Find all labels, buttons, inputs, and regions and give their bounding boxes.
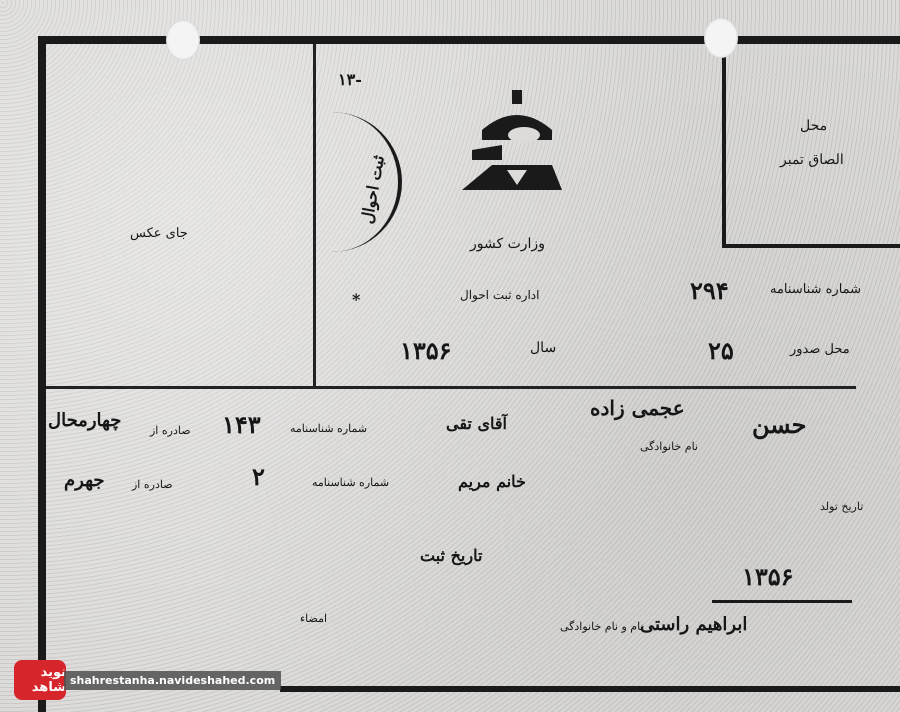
document-border-bottom (280, 686, 900, 692)
serial-top: -۱۳ (338, 70, 362, 89)
father-name: آقای تقی (446, 414, 507, 433)
holder-first-name: حسن (752, 410, 807, 439)
watermark-url: shahrestanha.navideshahed.com (64, 671, 281, 690)
holder-last-name-label: نام خانوادگی (640, 440, 698, 453)
pin-hole-left (166, 20, 200, 60)
registrar-label: نام و نام خانوادگی (560, 620, 644, 633)
mother-id-label: شماره شناسنامه (312, 476, 389, 489)
ministry-title: وزارت کشور (470, 236, 545, 252)
mother-issued-place: جهرم (64, 470, 105, 491)
id-number-label: شماره شناسنامه (770, 282, 861, 297)
lion-and-sun-emblem-icon (462, 90, 572, 200)
pin-hole-right (704, 18, 738, 58)
father-id-value: ۱۴۳ (222, 410, 261, 439)
photo-area-label: جای عکس (130, 226, 188, 241)
birth-date-underline (712, 600, 852, 603)
site-watermark: نوید شاهد shahrestanha.navideshahed.com (14, 660, 281, 700)
mother-issued-label: صادره از (132, 478, 173, 491)
registrar-name: ابراهیم راستی (640, 614, 747, 635)
registration-note: تاریخ ثبت (420, 546, 482, 565)
stamp-box-line2: الصاق تمبر (780, 152, 844, 168)
mother-id-value: ۲ (252, 462, 265, 491)
signature-label: امضاء (300, 612, 327, 625)
holder-last-name: عجمی زاده (590, 396, 685, 420)
star-symbol: * (352, 290, 360, 309)
holder-birth-date: ۱۳۵۶ (742, 562, 794, 591)
divider-horizontal (46, 386, 856, 389)
stamp-box-line1: محل (800, 118, 827, 134)
issue-number-value: ۲۵ (708, 336, 734, 365)
father-id-label: شماره شناسنامه (290, 422, 367, 435)
stamp-box (722, 44, 900, 248)
navideshahed-logo-icon: نوید شاهد (14, 660, 66, 700)
document-border-left (38, 40, 46, 712)
father-issued-place: چهارمحال (48, 410, 121, 431)
mother-name: خانم مریم (458, 472, 526, 491)
department-label: اداره ثبت احوال (460, 288, 539, 302)
id-number-value: ۲۹۴ (690, 276, 729, 305)
year-value: ۱۳۵۶ (400, 336, 452, 365)
father-issued-label: صادره از (150, 424, 191, 437)
divider-vertical (313, 44, 316, 386)
holder-birth-date-label: تاریخ تولد (820, 500, 863, 513)
year-label: سال (530, 340, 556, 356)
issue-place-label: محل صدور (790, 342, 850, 357)
